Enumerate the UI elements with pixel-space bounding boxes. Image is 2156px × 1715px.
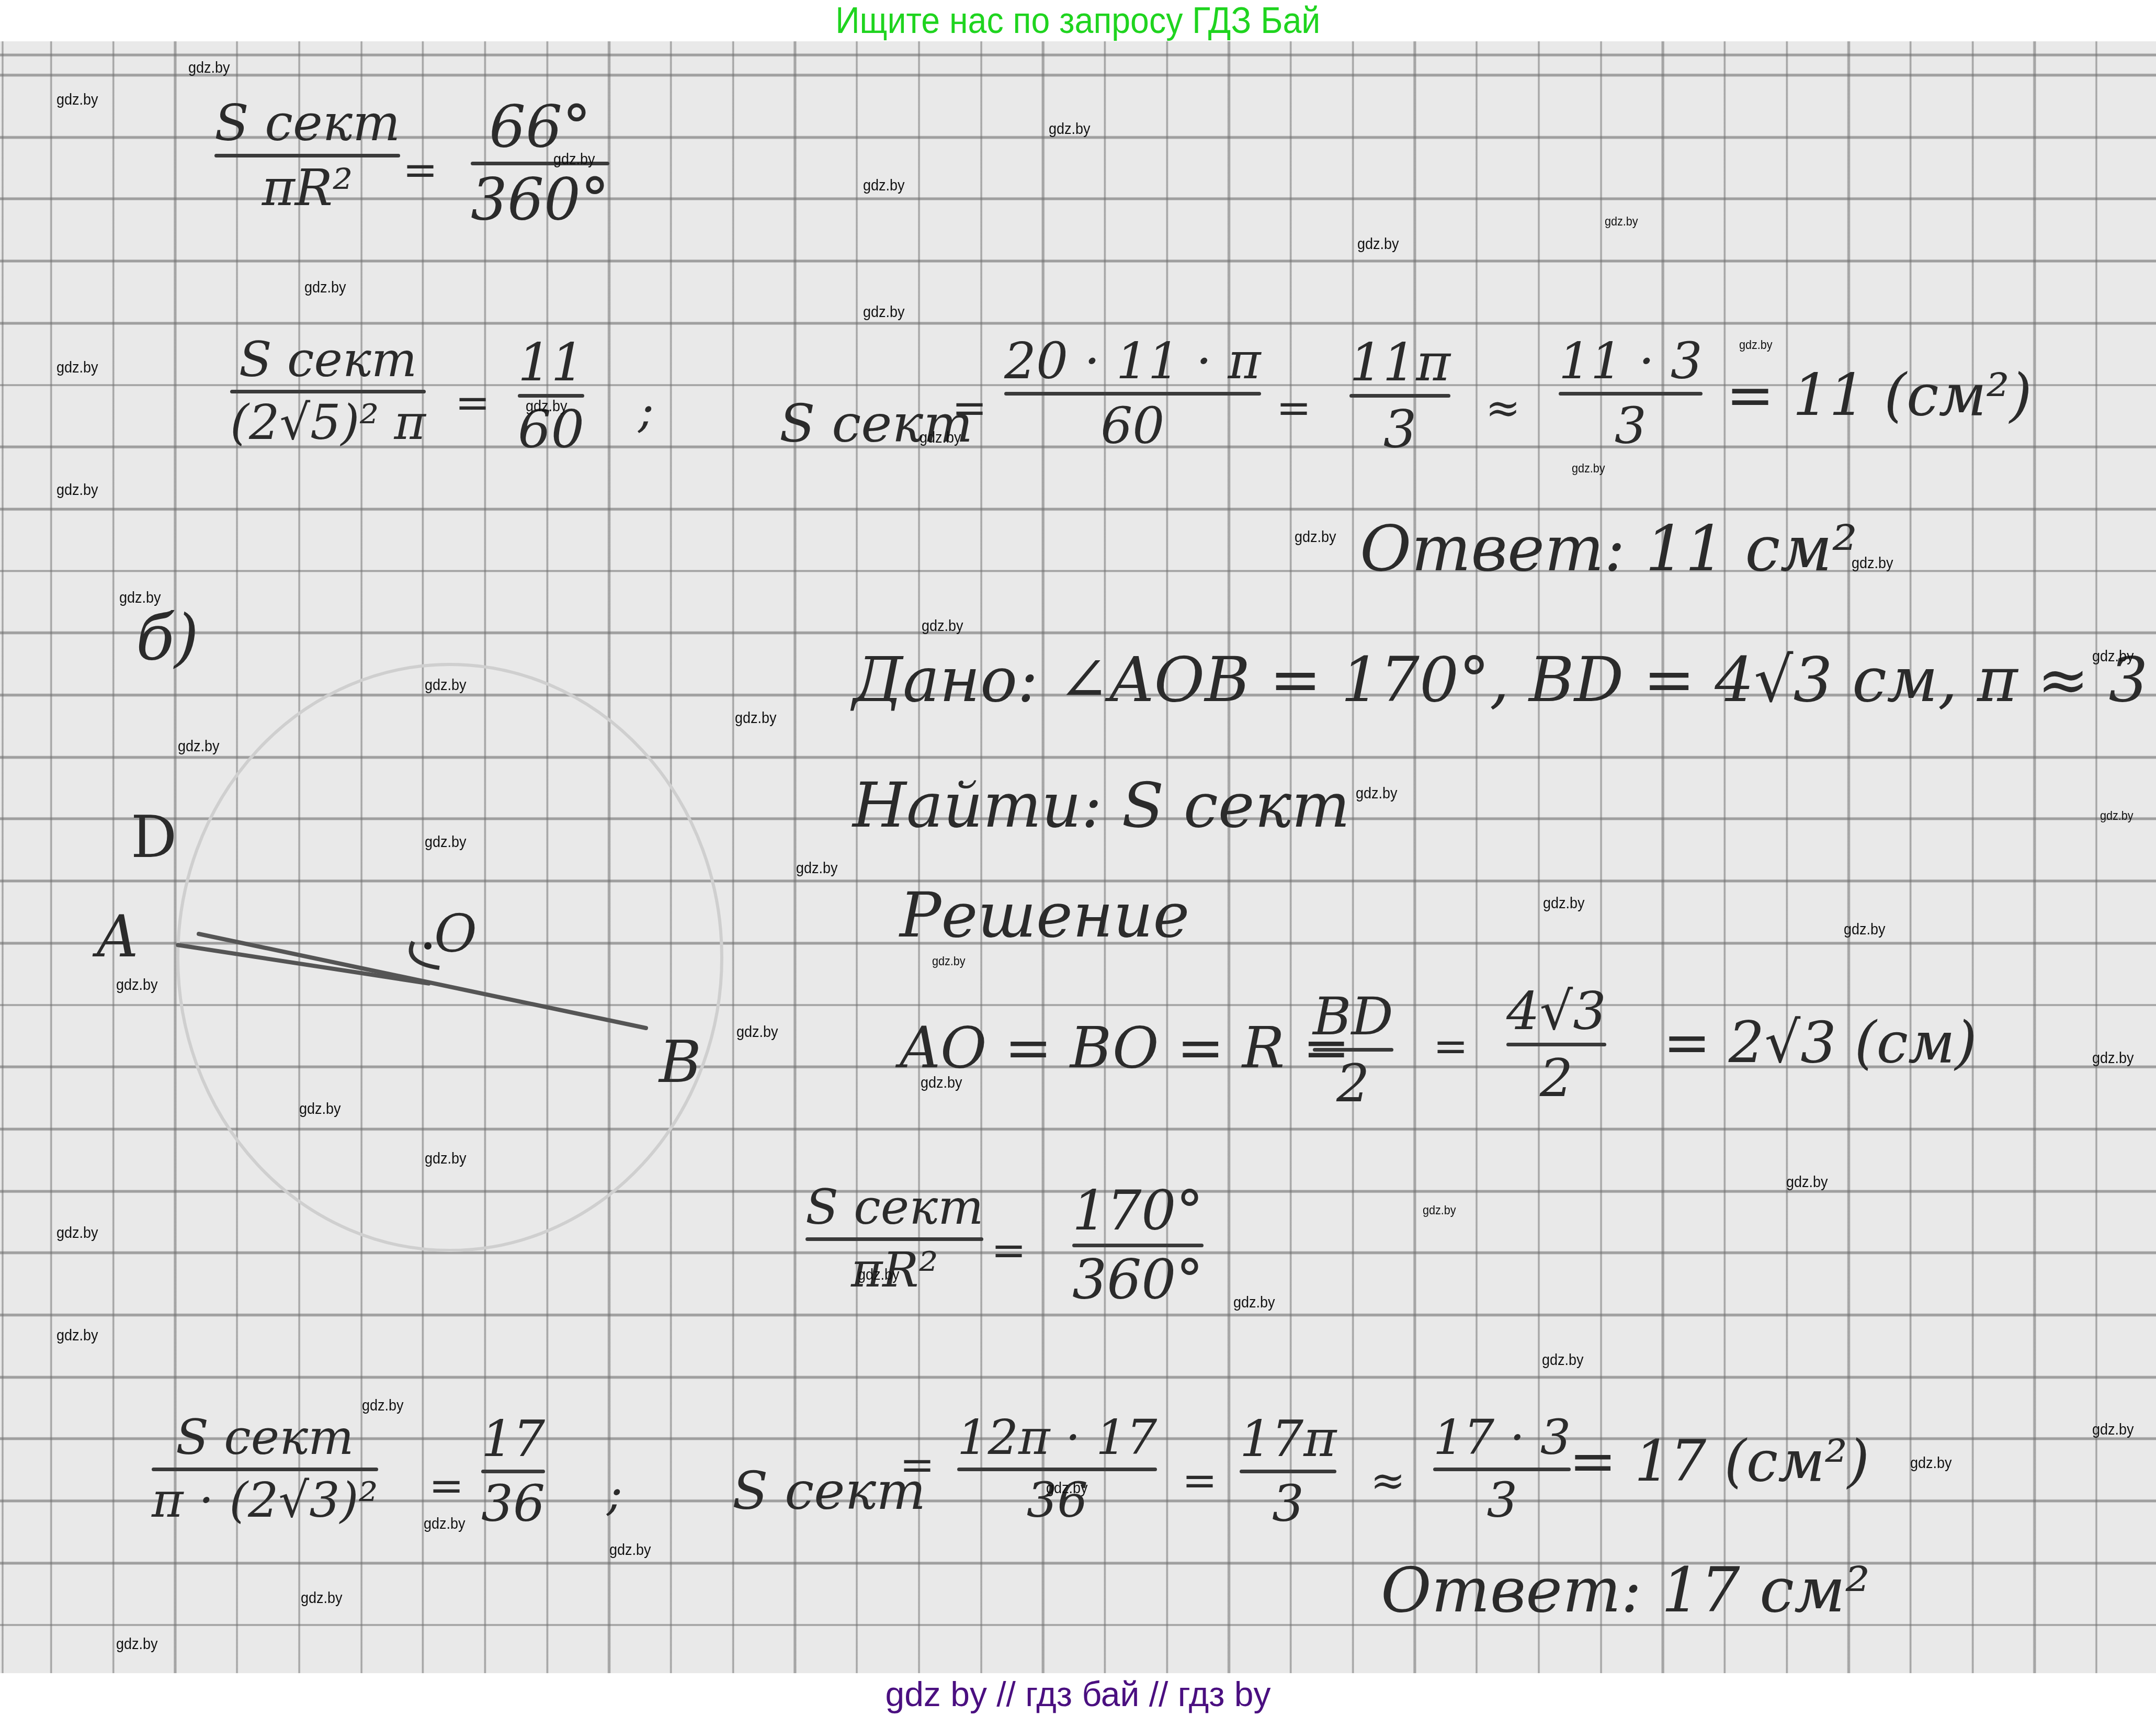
center-point bbox=[424, 942, 432, 950]
watermark: gdz.by bbox=[56, 482, 98, 498]
watermark: gdz.by bbox=[932, 955, 966, 968]
watermark: gdz.by bbox=[116, 1637, 158, 1652]
watermark: gdz.by bbox=[735, 710, 777, 726]
b-formula3-result: = 17 (см²) bbox=[1569, 1434, 1869, 1490]
watermark: gdz.by bbox=[119, 590, 161, 606]
point-label-d: D bbox=[131, 808, 177, 866]
watermark: gdz.by bbox=[299, 1101, 341, 1117]
b-formula3-approx: ≈ bbox=[1370, 1460, 1405, 1502]
b-formula1-eq: = bbox=[991, 1229, 1026, 1271]
b-formula2-rhs: 1736 bbox=[481, 1413, 545, 1530]
point-label-o: O bbox=[434, 908, 477, 960]
b-answer: Ответ: 17 см² bbox=[1381, 1559, 1870, 1621]
point-label-a: A bbox=[97, 908, 138, 965]
watermark: gdz.by bbox=[178, 739, 220, 754]
watermark: gdz.by bbox=[1910, 1456, 1952, 1471]
watermark: gdz.by bbox=[1605, 216, 1638, 228]
watermark: gdz.by bbox=[2092, 1422, 2134, 1438]
b-radius-frac1: BD2 bbox=[1313, 989, 1393, 1111]
watermark: gdz.by bbox=[863, 304, 905, 320]
point-label-b: B bbox=[659, 1033, 701, 1091]
watermark: gdz.by bbox=[1356, 786, 1398, 802]
watermark: gdz.by bbox=[1852, 556, 1893, 571]
watermark: gdz.by bbox=[1542, 1352, 1584, 1368]
b-formula3-frac3: 17 · 33 bbox=[1433, 1413, 1571, 1526]
b-solution-title: Решение bbox=[900, 884, 1189, 946]
watermark: gdz.by bbox=[425, 1151, 467, 1167]
watermark: gdz.by bbox=[920, 430, 961, 446]
b-formula2-eq: = bbox=[429, 1465, 464, 1507]
watermark: gdz.by bbox=[1046, 1481, 1088, 1496]
watermark: gdz.by bbox=[56, 360, 98, 376]
watermark: gdz.by bbox=[56, 1328, 98, 1344]
b-radius-result: = 2√3 (см) bbox=[1663, 1015, 1977, 1071]
watermark: gdz.by bbox=[56, 1225, 98, 1241]
watermark: gdz.by bbox=[2100, 810, 2134, 822]
watermark: gdz.by bbox=[863, 178, 905, 194]
b-find: Найти: S сект bbox=[853, 774, 1350, 836]
watermark: gdz.by bbox=[858, 1267, 900, 1283]
b-formula3-frac2: 17π3 bbox=[1240, 1413, 1336, 1530]
watermark: gdz.by bbox=[796, 861, 838, 876]
watermark: gdz.by bbox=[609, 1542, 651, 1558]
watermark: gdz.by bbox=[301, 1590, 343, 1606]
watermark: gdz.by bbox=[1295, 529, 1336, 545]
watermark: gdz.by bbox=[1786, 1175, 1828, 1190]
b-formula3-frac1: 12π · 1736 bbox=[957, 1413, 1157, 1526]
b-given: Дано: ∠AOB = 170°, BD = 4√3 см, π ≈ 3 bbox=[853, 649, 2148, 710]
watermark: gdz.by bbox=[56, 92, 98, 108]
b-formula2-lhs: S сектπ · (2√3)² bbox=[152, 1413, 378, 1526]
b-formula3-lhs: S сект bbox=[732, 1465, 926, 1517]
promo-footer: gdz by // гдз бай // гдз by bbox=[0, 1673, 2156, 1715]
watermark: gdz.by bbox=[1844, 922, 1886, 938]
watermark: gdz.by bbox=[424, 1516, 466, 1532]
b-radius-eq: = bbox=[1433, 1025, 1468, 1067]
watermark: gdz.by bbox=[304, 280, 346, 296]
b-formula3-eq1: = bbox=[900, 1444, 935, 1486]
watermark: gdz.by bbox=[526, 399, 568, 414]
watermark: gdz.by bbox=[188, 60, 230, 76]
watermark: gdz.by bbox=[1357, 236, 1399, 252]
watermark: gdz.by bbox=[425, 678, 467, 693]
b-radius-lhs: AO = BO = R = bbox=[900, 1020, 1350, 1077]
watermark: gdz.by bbox=[1049, 121, 1091, 137]
watermark: gdz.by bbox=[1739, 339, 1773, 352]
b-radius-frac2: 4√32 bbox=[1506, 984, 1606, 1105]
promo-footer-text: gdz by // гдз бай // гдз by bbox=[885, 1673, 1270, 1715]
watermark: gdz.by bbox=[1572, 462, 1605, 475]
watermark: gdz.by bbox=[922, 618, 963, 634]
watermark: gdz.by bbox=[1423, 1204, 1456, 1217]
b-formula3-eq2: = bbox=[1182, 1460, 1217, 1502]
watermark: gdz.by bbox=[362, 1398, 404, 1414]
watermark: gdz.by bbox=[1543, 896, 1585, 911]
b-formula1-rhs: 170°360° bbox=[1072, 1182, 1204, 1308]
watermark: gdz.by bbox=[553, 152, 595, 167]
watermark: gdz.by bbox=[921, 1075, 962, 1091]
b-formula2-sep: ; bbox=[607, 1470, 622, 1517]
watermark: gdz.by bbox=[736, 1024, 778, 1040]
watermark: gdz.by bbox=[116, 977, 158, 993]
segment-ao bbox=[178, 910, 428, 1018]
watermark: gdz.by bbox=[425, 834, 467, 850]
watermark: gdz.by bbox=[2092, 649, 2134, 664]
watermark: gdz.by bbox=[1233, 1295, 1275, 1311]
watermark: gdz.by bbox=[2092, 1051, 2134, 1066]
